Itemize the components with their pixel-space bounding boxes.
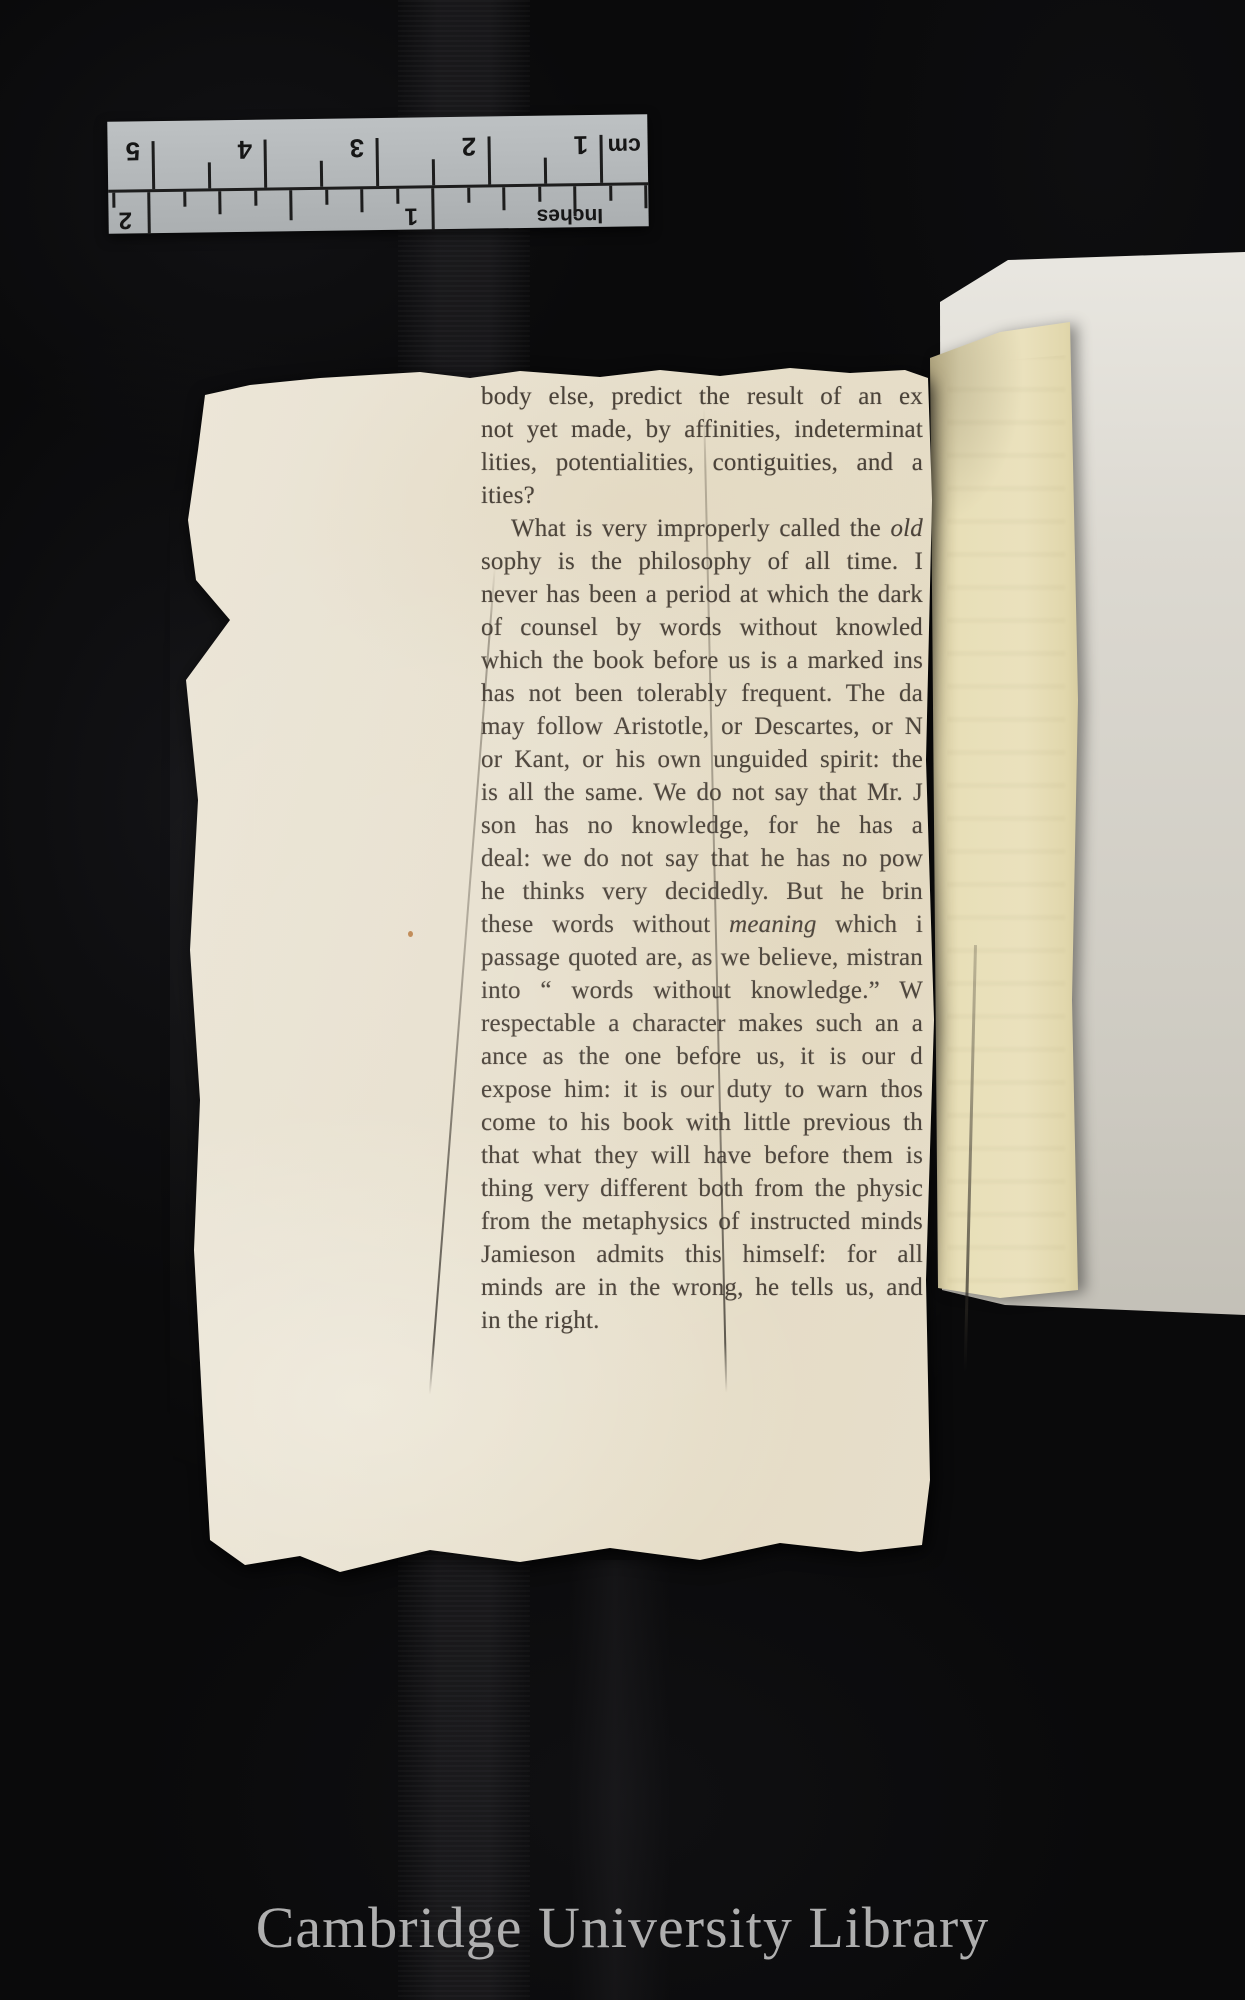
text-line: lities, potentialities, contiguities, an… [481, 446, 923, 479]
ruler-tick [360, 189, 363, 212]
ruler-number: 1 [404, 201, 418, 229]
text-line: ance as the one before us, it is our d [481, 1040, 923, 1073]
ruler-tick [599, 135, 603, 183]
text-line: not yet made, by affinities, indetermina… [481, 413, 923, 446]
ruler-tick [183, 192, 186, 207]
adjacent-page-paper [925, 315, 1085, 1310]
ruler-tick [573, 186, 576, 216]
ruler-tick [609, 186, 612, 201]
ruler-tick [112, 193, 115, 208]
paper-fleck [408, 931, 413, 937]
ruler-tick [432, 159, 435, 185]
text-line: respectable a character makes such an a [481, 1007, 923, 1040]
text-line: of counsel by words without knowled [481, 611, 923, 644]
text-line: deal: we do not say that he has no pow [481, 842, 923, 875]
watermark: Cambridge University Library [0, 1894, 1245, 1961]
text-line: has not been tolerably frequent. The da [481, 677, 923, 710]
adjacent-book-page [925, 315, 1085, 1310]
ruler-tick [254, 191, 257, 206]
ruler-number: 2 [461, 131, 476, 162]
text-line: ities? [481, 479, 923, 512]
ruler-tick [502, 187, 505, 210]
text-line: in the right. [481, 1304, 923, 1337]
text-line: never has been a period at which the dar… [481, 578, 923, 611]
ruler-tick [431, 188, 435, 230]
ruler-tick [375, 138, 379, 186]
show-through-text [947, 355, 1065, 1415]
ruler-tick [396, 189, 399, 204]
ruler-number: 4 [237, 134, 252, 165]
text-line: expose him: it is our duty to warn thos [481, 1073, 923, 1106]
text-line: What is very improperly called the old [481, 512, 923, 545]
ruler-cm-label: cm [607, 132, 641, 159]
ruler-tick [644, 185, 647, 208]
text-line: into “ words without knowledge.” W [481, 974, 923, 1007]
ruler-tick [538, 187, 541, 202]
ruler-tick [208, 162, 211, 188]
text-line: passage quoted are, as we believe, mistr… [481, 941, 923, 974]
page-fragment: body else, predict the result of an exno… [170, 365, 940, 1580]
text-line: Jamieson admits this himself: for all [481, 1238, 923, 1271]
text-line: is all the same. We do not say that Mr. … [481, 776, 923, 809]
ruler-number: 3 [349, 132, 364, 163]
ruler-tick [544, 158, 547, 184]
text-line: that what they will have before them is [481, 1139, 923, 1172]
ruler: cm Inches 5432121 [107, 114, 649, 234]
text-line: may follow Aristotle, or Descartes, or N [481, 710, 923, 743]
text-line: which the book before us is a marked ins [481, 644, 923, 677]
text-line: these words without meaning which i [481, 908, 923, 941]
ruler-number: 2 [118, 205, 132, 233]
ruler-tick [264, 140, 268, 188]
ruler-tick [325, 190, 328, 205]
text-line: he thinks very decidedly. But he brin [481, 875, 923, 908]
ruler-tick [147, 192, 151, 234]
ruler-tick [218, 191, 221, 214]
printed-text: body else, predict the result of an exno… [481, 380, 923, 1337]
text-line: from the metaphysics of instructed minds [481, 1205, 923, 1238]
ruler-tick [289, 190, 292, 220]
text-line: come to his book with little previous th [481, 1106, 923, 1139]
text-line: son has no knowledge, for he has a [481, 809, 923, 842]
photo-stage: body else, predict the result of an exno… [0, 0, 1245, 2000]
ruler-tick [152, 141, 156, 189]
text-line: sophy is the philosophy of all time. I [481, 545, 923, 578]
text-line: minds are in the wrong, he tells us, and [481, 1271, 923, 1304]
fragment-paper: body else, predict the result of an exno… [170, 365, 940, 1580]
text-line: or Kant, or his own unguided spirit: the [481, 743, 923, 776]
ruler-inches-label: Inches [536, 203, 603, 228]
ruler-tick [320, 161, 323, 187]
ruler-number: 1 [573, 129, 588, 160]
text-line: body else, predict the result of an ex [481, 380, 923, 413]
ruler-tick [467, 188, 470, 203]
ruler-number: 5 [125, 135, 140, 166]
text-line: thing very different both from the physi… [481, 1172, 923, 1205]
ruler-tick [487, 136, 491, 184]
